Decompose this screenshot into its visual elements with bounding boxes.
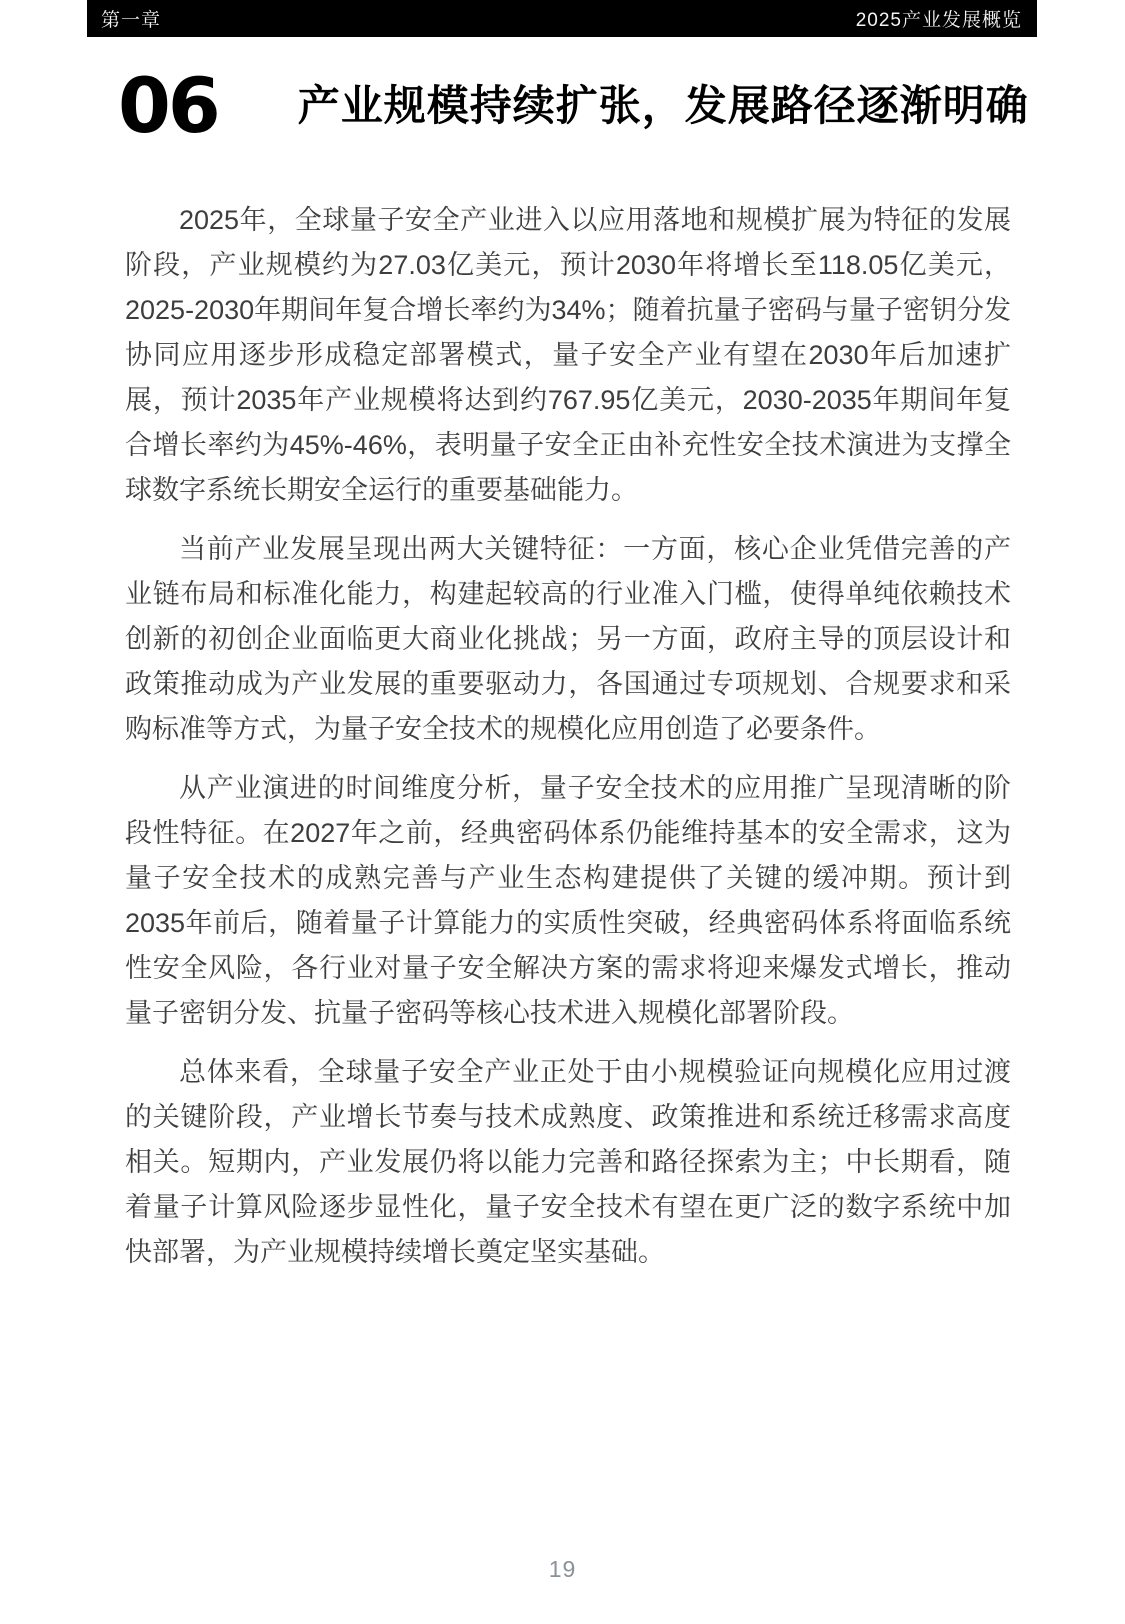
section-number: 06 bbox=[118, 68, 218, 144]
page-title: 产业规模持续扩张，发展路径逐渐明确 bbox=[298, 81, 1029, 131]
document-page: 第一章 2025产业发展概览 06 产业规模持续扩张，发展路径逐渐明确 2025… bbox=[0, 0, 1125, 1624]
paragraph-3: 从产业演进的时间维度分析，量子安全技术的应用推广呈现清晰的阶段性特征。在2027… bbox=[125, 766, 1011, 1036]
body-text: 2025年，全球量子安全产业进入以应用落地和规模扩展为特征的发展阶段，产业规模约… bbox=[125, 198, 1011, 1275]
header-bar: 第一章 2025产业发展概览 bbox=[87, 0, 1037, 37]
paragraph-4: 总体来看，全球量子安全产业正处于由小规模验证向规模化应用过渡的关键阶段，产业增长… bbox=[125, 1050, 1011, 1275]
header-report-label: 2025产业发展概览 bbox=[856, 5, 1022, 32]
page-number: 19 bbox=[0, 1556, 1125, 1583]
section-heading: 06 产业规模持续扩张，发展路径逐渐明确 bbox=[118, 68, 1018, 144]
header-chapter-label: 第一章 bbox=[101, 5, 161, 32]
paragraph-1: 2025年，全球量子安全产业进入以应用落地和规模扩展为特征的发展阶段，产业规模约… bbox=[125, 198, 1011, 513]
paragraph-2: 当前产业发展呈现出两大关键特征：一方面，核心企业凭借完善的产业链布局和标准化能力… bbox=[125, 527, 1011, 752]
